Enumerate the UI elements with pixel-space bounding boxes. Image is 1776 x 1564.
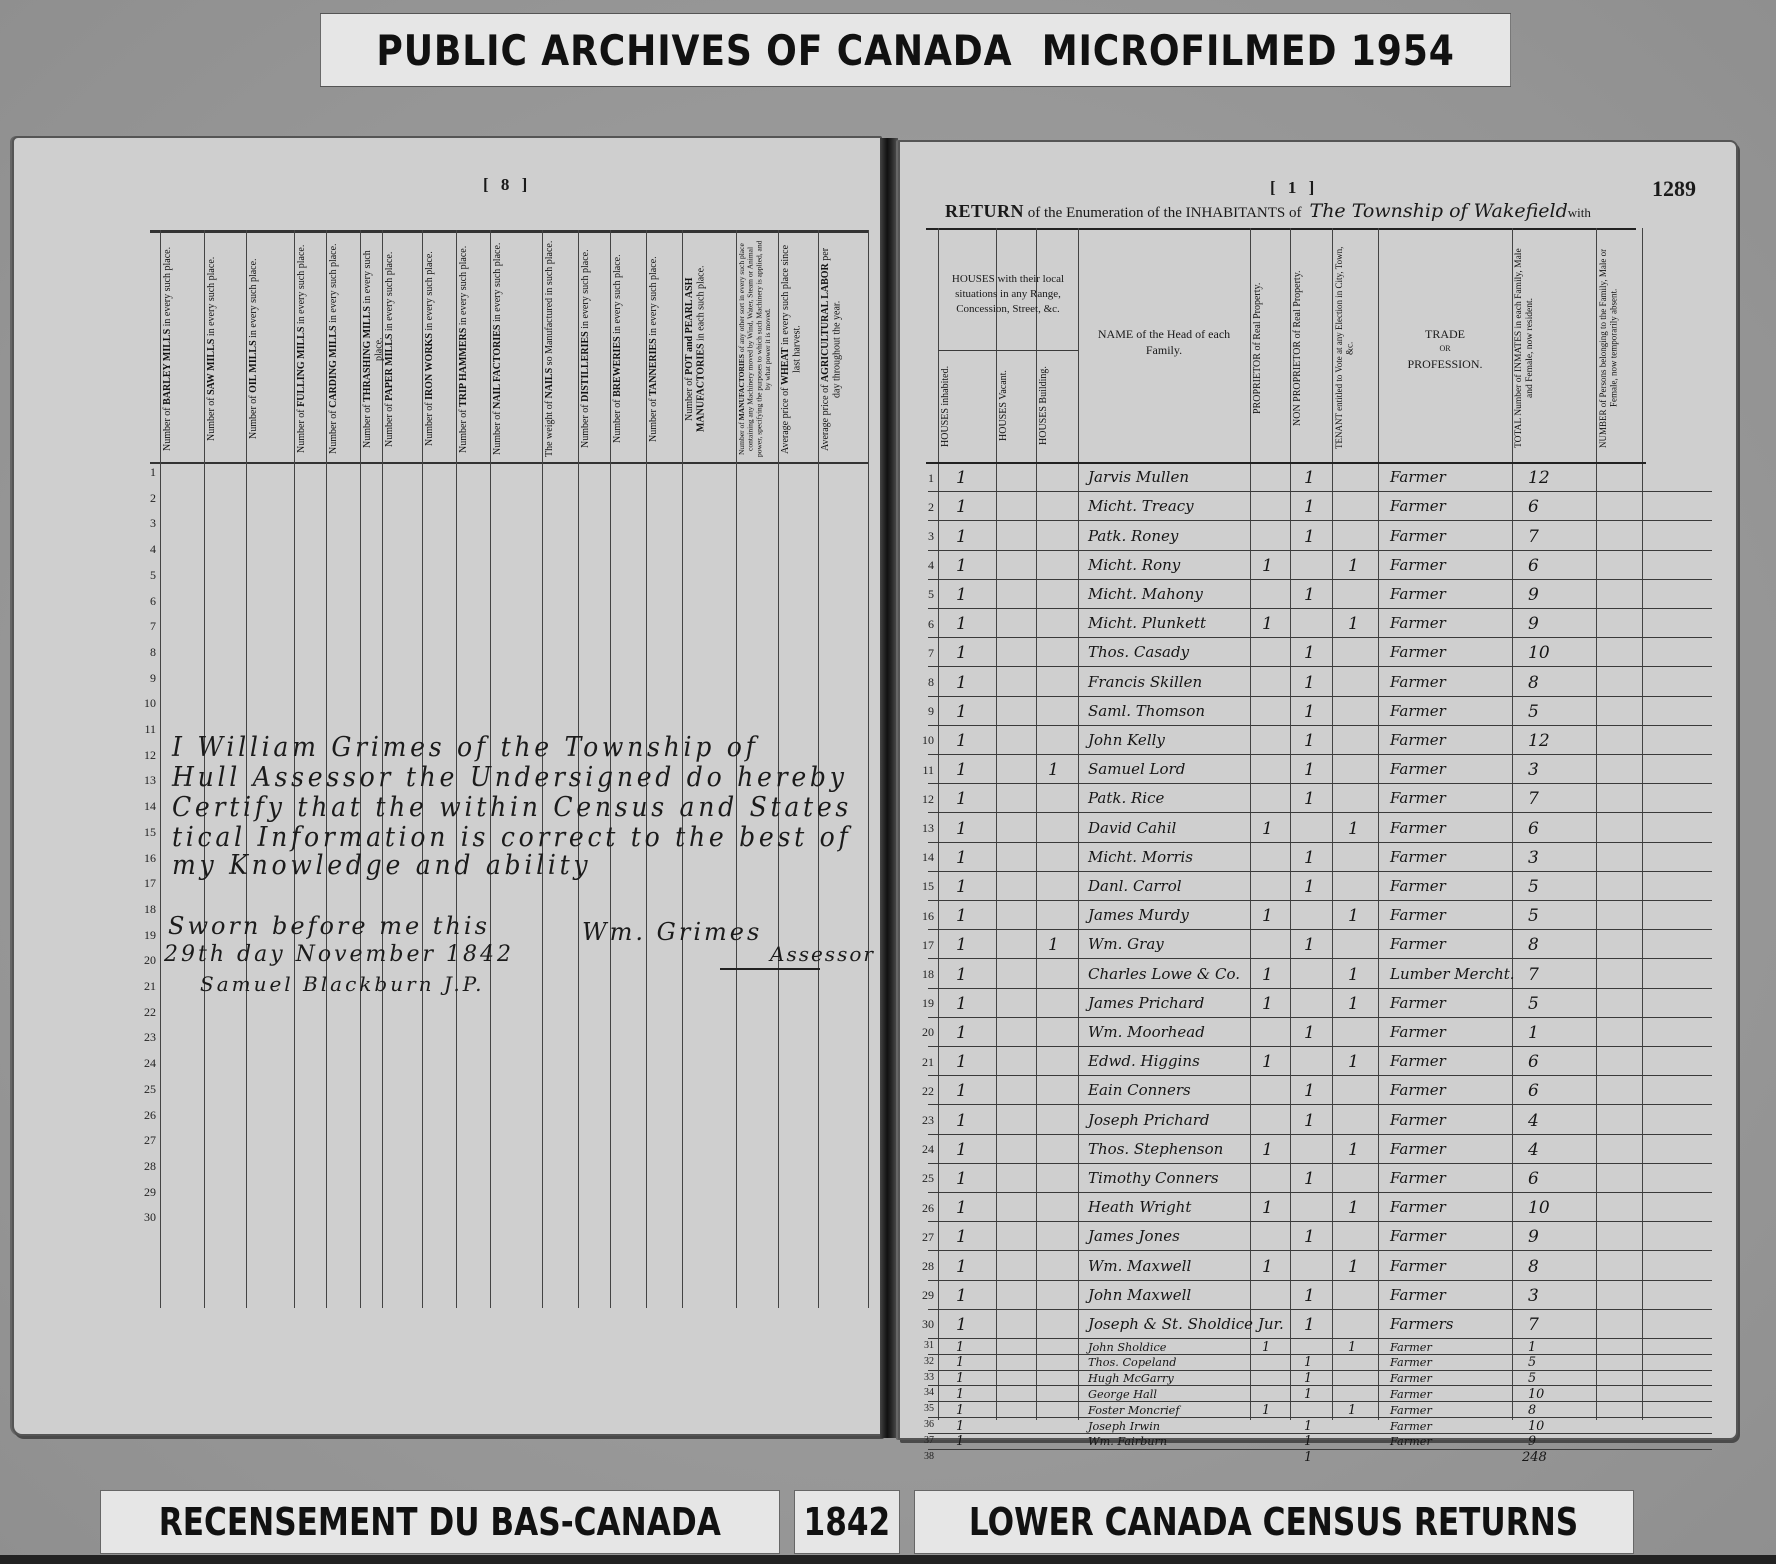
row-number: 9 bbox=[912, 704, 934, 719]
trade-cell: Farmer bbox=[1390, 704, 1446, 719]
column-rule bbox=[1290, 228, 1291, 1420]
houses-inhabited-cell: 1 bbox=[956, 1025, 967, 1042]
total-inmates-cell: 5 bbox=[1528, 1357, 1536, 1370]
column-header: Average price of WHEAT in every such pla… bbox=[780, 240, 816, 458]
non-proprietor-cell: 1 bbox=[1304, 529, 1315, 546]
folio-number: 1289 bbox=[1652, 176, 1696, 202]
row-number: 28 bbox=[138, 1159, 156, 1174]
row-number: 9 bbox=[138, 671, 156, 686]
head-of-family-name: Jarvis Mullen bbox=[1088, 470, 1189, 485]
row-number: 35 bbox=[912, 1403, 934, 1414]
row-number: 1 bbox=[912, 471, 934, 486]
proprietor-cell: 1 bbox=[1262, 558, 1273, 575]
trade-cell: Lumber Mercht. bbox=[1390, 967, 1515, 982]
row-number: 33 bbox=[912, 1372, 934, 1383]
houses-inhabited-cell: 1 bbox=[956, 529, 967, 546]
row-number: 27 bbox=[138, 1133, 156, 1148]
column-rule bbox=[1378, 228, 1379, 1420]
head-of-family-name: Wm. Moorhead bbox=[1088, 1025, 1205, 1040]
houses-inhabited-cell: 1 bbox=[956, 1113, 967, 1130]
non-proprietor-cell: 1 bbox=[1304, 1083, 1315, 1100]
total-inmates-cell: 5 bbox=[1528, 996, 1539, 1013]
sworn-date: 29th day November 1842 bbox=[164, 942, 514, 967]
head-of-family-name: James Jones bbox=[1088, 1229, 1180, 1244]
header-bottom-rule bbox=[926, 462, 1646, 464]
non-proprietor-cell: 1 bbox=[1304, 791, 1315, 808]
group-rule bbox=[938, 350, 1078, 351]
row-rule bbox=[928, 725, 1712, 726]
trade-cell: Farmer bbox=[1390, 1083, 1446, 1098]
trade-cell: Farmer bbox=[1390, 1025, 1446, 1040]
houses-inhabited-cell: 1 bbox=[956, 1171, 967, 1188]
non-proprietor-cell: 1 bbox=[1304, 470, 1315, 487]
non-proprietor-cell: 1 bbox=[1304, 1421, 1312, 1434]
total-inmates-cell: 6 bbox=[1528, 499, 1539, 516]
houses-inhabited-cell: 1 bbox=[956, 1421, 964, 1434]
non-proprietor-cell: 1 bbox=[1304, 675, 1315, 692]
houses-inhabited-cell: 1 bbox=[956, 1229, 967, 1246]
houses-inhabited-cell: 1 bbox=[956, 733, 967, 750]
row-rule bbox=[928, 1250, 1712, 1251]
non-proprietor-cell: 1 bbox=[1304, 1288, 1315, 1305]
tenant-cell: 1 bbox=[1348, 1054, 1359, 1071]
row-number: 12 bbox=[912, 792, 934, 807]
row-number: 36 bbox=[912, 1419, 934, 1430]
total-inmates-cell: 12 bbox=[1528, 470, 1550, 487]
column-header: Number of NAIL FACTORIES in every such p… bbox=[492, 240, 540, 458]
archive-banner-bottom: RECENSEMENT DU BAS-CANADA 1842 LOWER CAN… bbox=[100, 1490, 1634, 1560]
row-number: 24 bbox=[912, 1142, 934, 1157]
houses-inhabited-cell: 1 bbox=[956, 850, 967, 867]
row-number: 14 bbox=[912, 850, 934, 865]
return-title: RETURN of the Enumeration of the INHABIT… bbox=[945, 200, 1591, 222]
row-number: 19 bbox=[912, 996, 934, 1011]
trade-cell: Farmer bbox=[1390, 996, 1446, 1011]
row-number: 3 bbox=[912, 529, 934, 544]
column-rule bbox=[868, 230, 869, 1308]
head-of-family-name: Joseph Prichard bbox=[1088, 1113, 1210, 1128]
head-of-family-name: John Sholdice bbox=[1088, 1342, 1166, 1353]
row-number: 7 bbox=[138, 619, 156, 634]
non-proprietor-cell: 1 bbox=[1304, 1389, 1312, 1402]
non-proprietor-cell: 1 bbox=[1304, 1357, 1312, 1370]
proprietor-cell: 1 bbox=[1262, 1054, 1273, 1071]
row-rule bbox=[928, 1221, 1712, 1222]
title-rule bbox=[926, 228, 1636, 230]
column-header: Number of IRON WORKS in every such place… bbox=[424, 240, 454, 458]
row-number: 8 bbox=[912, 675, 934, 690]
houses-inhabited-cell: 1 bbox=[956, 1200, 967, 1217]
row-rule bbox=[928, 550, 1712, 551]
total-inmates-cell: 6 bbox=[1528, 1171, 1539, 1188]
total-inmates-cell: 5 bbox=[1528, 879, 1539, 896]
tenant-cell: 1 bbox=[1348, 996, 1359, 1013]
non-proprietor-cell: 1 bbox=[1304, 762, 1315, 779]
head-of-family-name: John Maxwell bbox=[1088, 1288, 1191, 1303]
column-header: The weight of NAILS so Manufactured in s… bbox=[544, 240, 576, 458]
tenant-cell: 1 bbox=[1348, 616, 1359, 633]
houses-building-cell: 1 bbox=[1048, 937, 1059, 954]
trade-cell: Farmer bbox=[1390, 1436, 1432, 1447]
certificate-line: tical Information is correct to the best… bbox=[172, 822, 851, 853]
non-proprietor-cell: 1 bbox=[1304, 587, 1315, 604]
trade-cell: Farmer bbox=[1390, 1171, 1446, 1186]
head-of-family-name: Micht. Rony bbox=[1088, 558, 1180, 573]
head-of-family-name: Patk. Rice bbox=[1088, 791, 1164, 806]
total-inmates-cell: 6 bbox=[1528, 1054, 1539, 1071]
trade-cell: Farmer bbox=[1390, 1229, 1446, 1244]
certificate-line: Certify that the within Census and State… bbox=[172, 792, 852, 823]
non-proprietor-cell: 1 bbox=[1304, 879, 1315, 896]
houses-inhabited-cell: 1 bbox=[956, 1142, 967, 1159]
head-of-family-name: Micht. Morris bbox=[1088, 850, 1193, 865]
houses-inhabited-cell: 1 bbox=[956, 879, 967, 896]
justice-signature: Samuel Blackburn J.P. bbox=[200, 972, 484, 996]
column-header: Number of CARDING MILLS in every such pl… bbox=[328, 240, 358, 458]
houses-inhabited-cell: 1 bbox=[956, 616, 967, 633]
trade-cell: Farmer bbox=[1390, 1142, 1446, 1157]
title-suffix: with bbox=[1568, 205, 1591, 220]
row-rule bbox=[928, 696, 1712, 697]
row-rule bbox=[928, 783, 1712, 784]
row-rule bbox=[928, 1370, 1712, 1371]
banner-top-left: PUBLIC ARCHIVES OF CANADA bbox=[376, 26, 1012, 75]
total-inmates-cell: 6 bbox=[1528, 558, 1539, 575]
tenant-header: TENANT entitled to Vote at any Election … bbox=[1334, 242, 1376, 454]
row-number: 2 bbox=[912, 500, 934, 515]
houses-inhabited-cell: 1 bbox=[956, 996, 967, 1013]
row-rule bbox=[928, 1401, 1712, 1402]
row-number: 27 bbox=[912, 1230, 934, 1245]
trade-cell: Farmer bbox=[1390, 1113, 1446, 1128]
row-number: 22 bbox=[138, 1005, 156, 1020]
total-inmates-cell: 8 bbox=[1528, 675, 1539, 692]
row-number: 32 bbox=[912, 1356, 934, 1367]
row-number: 17 bbox=[912, 938, 934, 953]
non-proprietor-cell: 1 bbox=[1304, 704, 1315, 721]
trade-cell: Farmer bbox=[1390, 1259, 1446, 1274]
row-rule bbox=[928, 491, 1712, 492]
row-number: 5 bbox=[138, 568, 156, 583]
tenant-cell: 1 bbox=[1348, 967, 1359, 984]
proprietor-cell: 1 bbox=[1262, 1342, 1270, 1355]
head-of-family-name: Joseph & St. Sholdice Jur. bbox=[1088, 1317, 1284, 1332]
total-inmates-cell: 3 bbox=[1528, 1288, 1539, 1305]
assessor-title: Assessor bbox=[770, 942, 875, 966]
row-number: 10 bbox=[912, 733, 934, 748]
certificate-line: my Knowledge and ability bbox=[172, 850, 591, 881]
row-number: 25 bbox=[912, 1171, 934, 1186]
head-of-family-name: Wm. Gray bbox=[1088, 937, 1164, 952]
row-number: 15 bbox=[138, 825, 156, 840]
head-of-family-name: George Hall bbox=[1088, 1389, 1157, 1400]
proprietor-cell: 1 bbox=[1262, 616, 1273, 633]
total-inmates-cell: 7 bbox=[1528, 967, 1539, 984]
trade-cell: Farmer bbox=[1390, 1389, 1432, 1400]
row-number: 11 bbox=[138, 722, 156, 737]
tenant-cell: 1 bbox=[1348, 1259, 1359, 1276]
houses-inhabited-cell: 1 bbox=[956, 908, 967, 925]
trade-cell: Farmer bbox=[1390, 645, 1446, 660]
trade-cell: Farmer bbox=[1390, 529, 1446, 544]
row-number: 29 bbox=[912, 1288, 934, 1303]
head-of-family-name: Patk. Roney bbox=[1088, 529, 1178, 544]
total-inmates-cell: 8 bbox=[1528, 937, 1539, 954]
row-number: 8 bbox=[138, 645, 156, 660]
film-edge bbox=[0, 1555, 1776, 1564]
total-inmates-cell: 5 bbox=[1528, 1373, 1536, 1386]
head-of-family-name: Heath Wright bbox=[1088, 1200, 1191, 1215]
row-number: 30 bbox=[912, 1317, 934, 1332]
total-inmates-cell: 7 bbox=[1528, 791, 1539, 808]
row-rule bbox=[928, 520, 1712, 521]
column-rule bbox=[1332, 228, 1333, 1420]
trade-cell: Farmer bbox=[1390, 1405, 1432, 1416]
non-proprietor-cell: 1 bbox=[1304, 733, 1315, 750]
row-rule bbox=[928, 1046, 1712, 1047]
tenant-cell: 1 bbox=[1348, 821, 1359, 838]
header-bottom-rule bbox=[150, 462, 868, 464]
banner-bottom-left: RECENSEMENT DU BAS-CANADA bbox=[100, 1490, 780, 1554]
column-rule bbox=[1642, 228, 1643, 1420]
non-proprietor-cell: 1 bbox=[1304, 1451, 1312, 1464]
non-proprietor-cell: 1 bbox=[1304, 1113, 1315, 1130]
column-rule bbox=[160, 230, 161, 1308]
proprietor-cell: 1 bbox=[1262, 1200, 1273, 1217]
total-inmates-cell: 3 bbox=[1528, 762, 1539, 779]
head-of-family-name: Samuel Lord bbox=[1088, 762, 1185, 777]
row-number: 18 bbox=[912, 967, 934, 982]
row-number: 31 bbox=[912, 1340, 934, 1351]
trade-cell: Farmer bbox=[1390, 587, 1446, 602]
trade-cell: Farmer bbox=[1390, 470, 1446, 485]
row-number: 12 bbox=[138, 748, 156, 763]
total-inmates-cell: 4 bbox=[1528, 1113, 1539, 1130]
column-header: Number of FULLING MILLS in every such pl… bbox=[296, 240, 324, 458]
row-rule bbox=[928, 1280, 1712, 1281]
head-of-family-name: Edwd. Higgins bbox=[1088, 1054, 1200, 1069]
trade-cell: Farmer bbox=[1390, 499, 1446, 514]
proprietor-cell: 1 bbox=[1262, 1259, 1273, 1276]
row-rule bbox=[928, 1017, 1712, 1018]
row-number: 25 bbox=[138, 1082, 156, 1097]
total-inmates-cell: 6 bbox=[1528, 1083, 1539, 1100]
proprietor-header: PROPRIETOR of Real Property. bbox=[1252, 242, 1288, 454]
book-spine bbox=[880, 138, 898, 1438]
total-inmates-header: TOTAL Number of INMATES in each Family, … bbox=[1514, 242, 1594, 454]
houses-inhabited-cell: 1 bbox=[956, 558, 967, 575]
row-rule bbox=[928, 871, 1712, 872]
proprietor-cell: 1 bbox=[1262, 967, 1273, 984]
banner-bottom-right: LOWER CANADA CENSUS RETURNS bbox=[914, 1490, 1634, 1554]
banner-top-right: MICROFILMED 1954 bbox=[1042, 26, 1455, 75]
proprietor-cell: 1 bbox=[1262, 821, 1273, 838]
column-rule bbox=[1036, 228, 1037, 1420]
row-rule bbox=[928, 929, 1712, 930]
tenant-cell: 1 bbox=[1348, 1142, 1359, 1159]
column-header: Number of TANNERIES in every such place. bbox=[648, 240, 680, 458]
houses-inhabited-cell: 1 bbox=[956, 937, 967, 954]
houses-inhabited-cell: 1 bbox=[956, 1342, 964, 1355]
row-number: 19 bbox=[138, 928, 156, 943]
houses-inhabited-cell: 1 bbox=[956, 1357, 964, 1370]
row-number: 10 bbox=[138, 696, 156, 711]
row-number: 20 bbox=[912, 1025, 934, 1040]
column-rule bbox=[1078, 228, 1079, 1420]
total-inmates-cell: 3 bbox=[1528, 850, 1539, 867]
head-of-family-name: Thos. Copeland bbox=[1088, 1357, 1176, 1368]
row-number: 16 bbox=[912, 909, 934, 924]
head-of-family-name: Danl. Carrol bbox=[1088, 879, 1182, 894]
non-proprietor-cell: 1 bbox=[1304, 1317, 1315, 1334]
non-proprietor-cell: 1 bbox=[1304, 645, 1315, 662]
head-of-family-name: James Murdy bbox=[1088, 908, 1189, 923]
title-caps: INHABITANTS bbox=[1186, 205, 1286, 221]
houses-inhabited-cell: 1 bbox=[956, 791, 967, 808]
row-number: 15 bbox=[912, 879, 934, 894]
row-rule bbox=[928, 1449, 1712, 1450]
row-number: 13 bbox=[912, 821, 934, 836]
houses-inhabited-cell: 1 bbox=[956, 1405, 964, 1418]
column-header: Number of BREWERIES in every such place. bbox=[612, 240, 644, 458]
houses-vacant-header: HOUSES Vacant. bbox=[998, 356, 1034, 456]
row-number: 7 bbox=[912, 646, 934, 661]
row-rule bbox=[928, 1163, 1712, 1164]
row-number: 30 bbox=[138, 1210, 156, 1225]
row-rule bbox=[928, 1354, 1712, 1355]
head-of-family-name: Saml. Thomson bbox=[1088, 704, 1205, 719]
head-of-family-name: Timothy Conners bbox=[1088, 1171, 1219, 1186]
non-proprietor-cell: 1 bbox=[1304, 850, 1315, 867]
trade-cell: Farmer bbox=[1390, 1200, 1446, 1215]
houses-inhabited-cell: 1 bbox=[956, 1373, 964, 1386]
houses-inhabited-cell: 1 bbox=[956, 1054, 967, 1071]
total-inmates-cell: 10 bbox=[1528, 1421, 1544, 1434]
trade-cell: Farmer bbox=[1390, 1373, 1432, 1384]
left-page-number: [ 8 ] bbox=[483, 175, 531, 195]
head-of-family-name: Joseph Irwin bbox=[1088, 1421, 1160, 1432]
total-inmates-cell: 1 bbox=[1528, 1025, 1539, 1042]
houses-inhabited-cell: 1 bbox=[956, 675, 967, 692]
head-of-family-name: Thos. Casady bbox=[1088, 645, 1189, 660]
row-rule bbox=[928, 842, 1712, 843]
trade-cell: Farmer bbox=[1390, 850, 1446, 865]
trade-cell: Farmer bbox=[1390, 762, 1446, 777]
row-rule bbox=[928, 1192, 1712, 1193]
row-number: 29 bbox=[138, 1185, 156, 1200]
houses-inhabited-cell: 1 bbox=[956, 499, 967, 516]
houses-inhabited-cell: 1 bbox=[956, 762, 967, 779]
total-inmates-cell: 8 bbox=[1528, 1259, 1539, 1276]
trade-cell: Farmer bbox=[1390, 879, 1446, 894]
row-number: 23 bbox=[912, 1113, 934, 1128]
row-number: 6 bbox=[138, 594, 156, 609]
head-of-family-name: Eain Conners bbox=[1088, 1083, 1191, 1098]
trade-cell: Farmer bbox=[1390, 1357, 1432, 1368]
row-number: 38 bbox=[912, 1451, 934, 1462]
proprietor-cell: 1 bbox=[1262, 1142, 1273, 1159]
column-rule bbox=[938, 228, 939, 1420]
houses-inhabited-cell: 1 bbox=[956, 1259, 967, 1276]
trade-cell: Farmer bbox=[1390, 616, 1446, 631]
trade-cell: Farmer bbox=[1390, 821, 1446, 836]
head-of-family-name: Micht. Treacy bbox=[1088, 499, 1194, 514]
trade-cell: Farmer bbox=[1390, 937, 1446, 952]
column-header: Number of PAPER MILLS in every such plac… bbox=[384, 240, 420, 458]
total-inmates-cell: 10 bbox=[1528, 1389, 1544, 1402]
column-rule bbox=[1596, 228, 1597, 1420]
row-number: 2 bbox=[138, 491, 156, 506]
houses-building-header: HOUSES Building. bbox=[1038, 356, 1076, 456]
tenant-cell: 1 bbox=[1348, 558, 1359, 575]
total-inmates-cell: 10 bbox=[1528, 645, 1550, 662]
proprietor-cell: 1 bbox=[1262, 1405, 1270, 1418]
total-inmates-cell: 4 bbox=[1528, 1142, 1539, 1159]
row-number: 26 bbox=[912, 1201, 934, 1216]
row-number: 14 bbox=[138, 799, 156, 814]
trade-cell: Farmer bbox=[1390, 791, 1446, 806]
houses-building-cell: 1 bbox=[1048, 762, 1059, 779]
column-header: Number of MANUFACTORIES of any other sor… bbox=[738, 240, 776, 458]
column-header: Number of OIL MILLS in every such place. bbox=[248, 240, 292, 458]
houses-inhabited-cell: 1 bbox=[956, 470, 967, 487]
row-rule bbox=[928, 1338, 1712, 1339]
trade-cell: Farmer bbox=[1390, 1421, 1432, 1432]
row-rule bbox=[928, 637, 1712, 638]
row-number: 21 bbox=[138, 979, 156, 994]
head-of-family-name: John Kelly bbox=[1088, 733, 1165, 748]
row-number: 28 bbox=[912, 1259, 934, 1274]
head-of-family-name: Wm. Fairburn bbox=[1088, 1436, 1167, 1447]
archive-banner-top: PUBLIC ARCHIVES OF CANADA MICROFILMED 19… bbox=[320, 13, 1511, 87]
head-of-family-name: Micht. Mahony bbox=[1088, 587, 1203, 602]
row-number: 13 bbox=[138, 773, 156, 788]
non-proprietor-cell: 1 bbox=[1304, 1171, 1315, 1188]
total-inmates-cell: 9 bbox=[1528, 1229, 1539, 1246]
row-number: 11 bbox=[912, 763, 934, 778]
houses-inhabited-cell: 1 bbox=[956, 704, 967, 721]
non-proprietor-cell: 1 bbox=[1304, 1436, 1312, 1449]
row-rule bbox=[928, 1134, 1712, 1135]
houses-inhabited-cell: 1 bbox=[956, 967, 967, 984]
total-inmates-cell: 7 bbox=[1528, 529, 1539, 546]
row-rule bbox=[928, 1104, 1712, 1105]
houses-group-header: HOUSES with their local situations in an… bbox=[942, 272, 1074, 317]
column-rule bbox=[1250, 228, 1251, 1420]
right-page-number: [ 1 ] bbox=[1270, 178, 1318, 198]
row-number: 18 bbox=[138, 902, 156, 917]
row-rule bbox=[928, 579, 1712, 580]
non-proprietor-cell: 1 bbox=[1304, 1373, 1312, 1386]
tenant-cell: 1 bbox=[1348, 908, 1359, 925]
row-rule bbox=[928, 1433, 1712, 1434]
non-proprietor-cell: 1 bbox=[1304, 499, 1315, 516]
certificate-line: Hull Assessor the Undersigned do hereby bbox=[172, 762, 848, 793]
row-rule bbox=[928, 958, 1712, 959]
row-number: 26 bbox=[138, 1108, 156, 1123]
column-header: Number of POT and PEARL ASH MANUFACTORIE… bbox=[684, 240, 734, 458]
non-proprietor-cell: 1 bbox=[1304, 1025, 1315, 1042]
trade-cell: Farmer bbox=[1390, 1288, 1446, 1303]
total-inmates-cell: 8 bbox=[1528, 1405, 1536, 1418]
row-rule bbox=[928, 1385, 1712, 1386]
row-number: 23 bbox=[138, 1030, 156, 1045]
title-place: The Township of Wakefield bbox=[1310, 200, 1568, 222]
proprietor-cell: 1 bbox=[1262, 996, 1273, 1013]
houses-inhabited-cell: 1 bbox=[956, 1317, 967, 1334]
row-number: 4 bbox=[138, 542, 156, 557]
signature-flourish bbox=[720, 968, 820, 970]
